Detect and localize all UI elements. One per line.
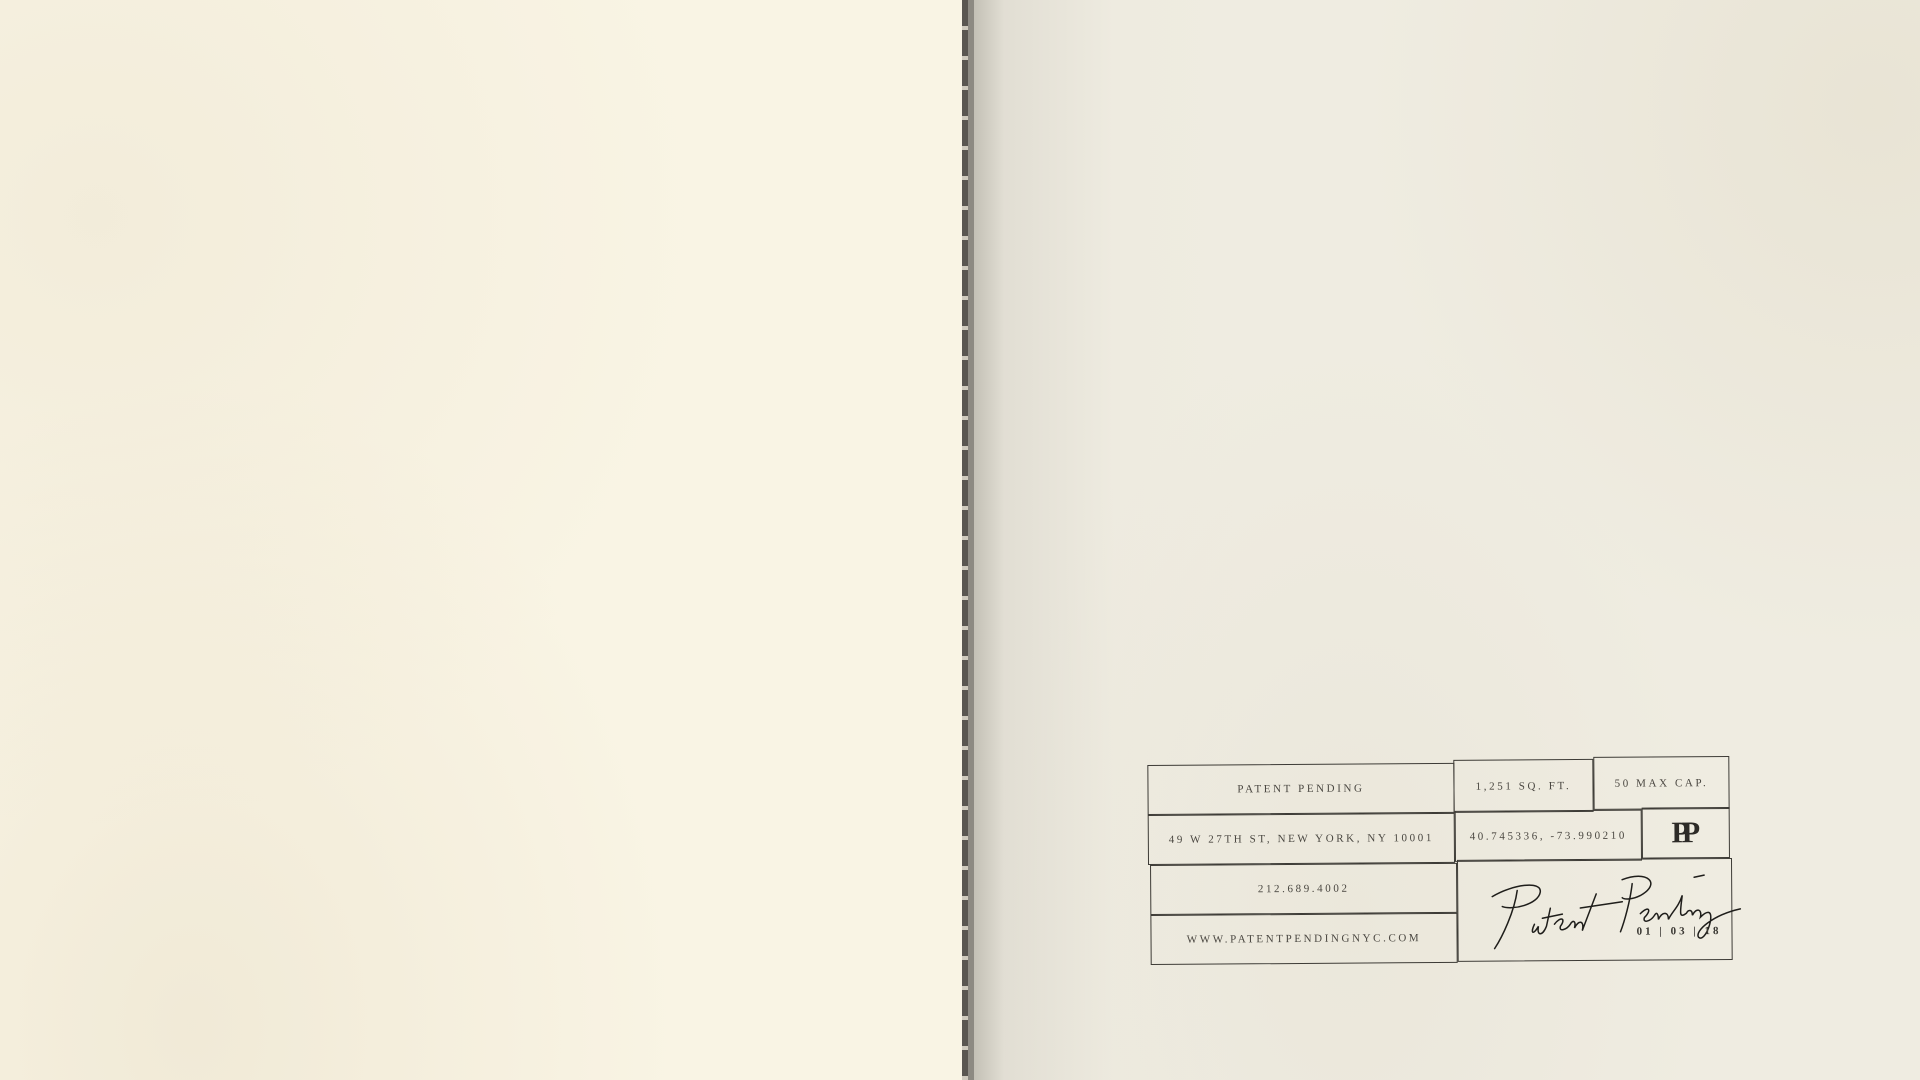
signature-cell: 01 | 03 | 18 bbox=[1457, 858, 1733, 962]
coordinates-cell: 40.745336, -73.990210 bbox=[1455, 810, 1642, 862]
phone-cell: 212.689.4002 bbox=[1150, 863, 1457, 915]
venue-name-cell: PATENT PENDING bbox=[1147, 763, 1454, 815]
pp-monogram-logo-icon: PP bbox=[1671, 816, 1700, 850]
address-cell: 49 W 27TH ST, NEW YORK, NY 10001 bbox=[1148, 813, 1455, 865]
max-capacity-cell: 50 MAX CAP. bbox=[1593, 756, 1729, 810]
gps-coordinates: 40.745336, -73.990210 bbox=[1470, 829, 1627, 842]
square-footage-cell: 1,251 SQ. FT. bbox=[1453, 759, 1593, 813]
max-capacity: 50 MAX CAP. bbox=[1615, 777, 1709, 790]
venue-phone: 212.689.4002 bbox=[1258, 883, 1350, 896]
logo-cell: PP bbox=[1642, 807, 1730, 859]
venue-name: PATENT PENDING bbox=[1237, 783, 1364, 796]
signature-icon bbox=[1472, 865, 1743, 957]
website-cell: WWW.PATENTPENDINGNYC.COM bbox=[1150, 913, 1457, 965]
venue-address: 49 W 27TH ST, NEW YORK, NY 10001 bbox=[1169, 832, 1434, 846]
venue-website: WWW.PATENTPENDINGNYC.COM bbox=[1187, 932, 1422, 946]
venue-info-card: PATENT PENDING 49 W 27TH ST, NEW YORK, N… bbox=[1147, 756, 1732, 966]
signature-date: 01 | 03 | 18 bbox=[1637, 925, 1722, 938]
square-footage: 1,251 SQ. FT. bbox=[1476, 780, 1572, 793]
left-page bbox=[0, 0, 962, 1080]
